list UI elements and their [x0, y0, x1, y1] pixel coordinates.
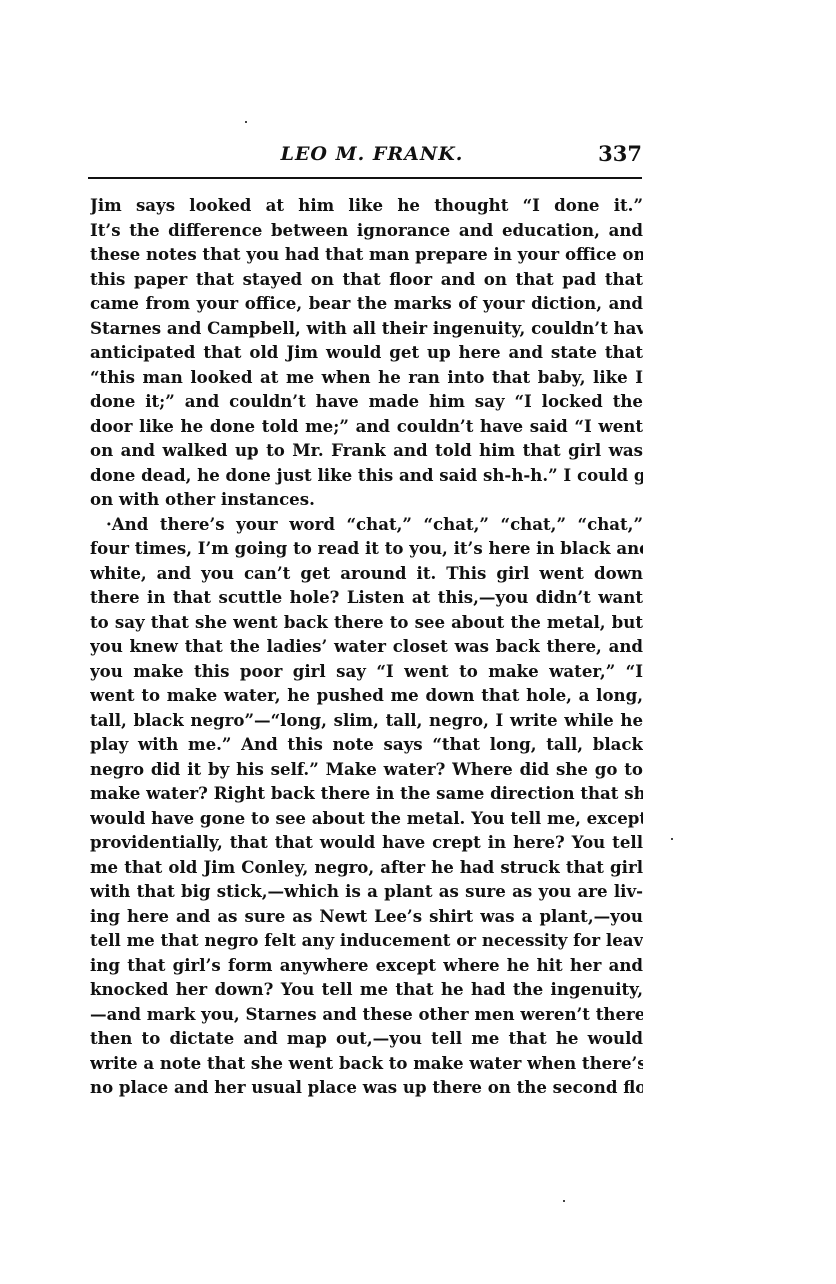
text-line: knocked her down? You tell me that he ha… [90, 977, 643, 1002]
text-line: there in that scuttle hole? Listen at th… [90, 585, 643, 610]
running-title: LEO M. FRANK. [90, 143, 642, 165]
text-line: to say that she went back there to see a… [90, 610, 643, 635]
text-line: Starnes and Campbell, with all their ing… [90, 316, 643, 341]
text-line: went to make water, he pushed me down th… [90, 683, 643, 708]
text-line: done dead, he done just like this and sa… [90, 463, 643, 488]
text-line: white, and you can’t get around it. This… [90, 561, 643, 586]
text-line: done it;” and couldn’t have made him say… [90, 389, 643, 414]
text-line: you knew that the ladies’ water closet w… [90, 634, 643, 659]
text-line: make water? Right back there in the same… [90, 781, 643, 806]
text-line: —and mark you, Starnes and these other m… [90, 1002, 643, 1027]
scan-speck [563, 1200, 565, 1202]
text-line: ing here and as sure as Newt Lee’s shirt… [90, 904, 643, 929]
scan-speck [245, 121, 247, 123]
text-line: no place and her usual place was up ther… [90, 1075, 643, 1100]
text-line: “this man looked at me when he ran into … [90, 365, 643, 390]
text-line: on and walked up to Mr. Frank and told h… [90, 438, 643, 463]
text-line: providentially, that that would have cre… [90, 830, 643, 855]
text-line: It’s the difference between ignorance an… [90, 218, 643, 243]
text-line: tall, black negro”—“long, slim, tall, ne… [90, 708, 643, 733]
text-line: anticipated that old Jim would get up he… [90, 340, 643, 365]
page-header: LEO M. FRANK. 337 [90, 143, 642, 169]
text-line: Jim says looked at him like he thought “… [90, 193, 643, 218]
scan-speck [671, 838, 673, 840]
text-line: on with other instances. [90, 487, 643, 512]
text-line: then to dictate and map out,—you tell me… [90, 1026, 643, 1051]
text-line: tell me that negro felt any inducement o… [90, 928, 643, 953]
header-rule [88, 177, 642, 179]
text-line: play with me.” And this note says “that … [90, 732, 643, 757]
book-page: LEO M. FRANK. 337 Jim says looked at him… [0, 0, 836, 1284]
text-line: ·And there’s your word “chat,” “chat,” “… [90, 512, 643, 537]
text-line: you make this poor girl say “I went to m… [90, 659, 643, 684]
text-line: door like he done told me;” and couldn’t… [90, 414, 643, 439]
text-line: ing that girl’s form anywhere except whe… [90, 953, 643, 978]
text-line: negro did it by his self.” Make water? W… [90, 757, 643, 782]
body-text: Jim says looked at him like he thought “… [90, 193, 643, 1100]
text-line: these notes that you had that man prepar… [90, 242, 643, 267]
text-line: four times, I’m going to read it to you,… [90, 536, 643, 561]
text-line: write a note that she went back to make … [90, 1051, 643, 1076]
page-number: 337 [598, 141, 642, 166]
text-line: this paper that stayed on that floor and… [90, 267, 643, 292]
text-line: would have gone to see about the metal. … [90, 806, 643, 831]
text-line: me that old Jim Conley, negro, after he … [90, 855, 643, 880]
text-line: with that big stick,—which is a plant as… [90, 879, 643, 904]
text-line: came from your office, bear the marks of… [90, 291, 643, 316]
